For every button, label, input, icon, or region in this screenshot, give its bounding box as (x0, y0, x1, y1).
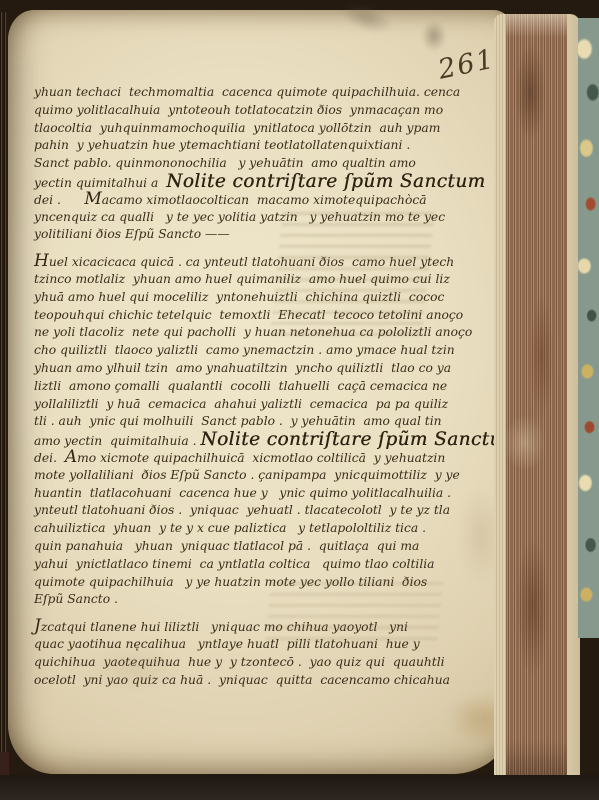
latin-quote: Nolite contriſtare ſpũm Sanctū (200, 429, 501, 450)
nahuatl-text: huantin tlatlacohuani cacenca hue y ynic… (34, 486, 451, 500)
nahuatl-text: M (84, 189, 101, 209)
manuscript-line: cahuiliztica yhuan y te y x cue paliztic… (34, 520, 500, 538)
nahuatl-text: amo yectin quimitalhuia . (34, 434, 200, 448)
book-page: 261. yhuan techaci techmomaltia cacenca … (8, 10, 512, 774)
photo-border-bottom (0, 775, 599, 800)
manuscript-line: amo yectin quimitalhuia . Nolite contriſ… (34, 431, 500, 449)
manuscript-line: tzinco motlaliz yhuan amo huel quimanili… (34, 271, 500, 289)
nahuatl-text: tlaocoltia yuhquinmamochoquilia ynitlato… (34, 121, 440, 135)
nahuatl-text: dei . (34, 193, 84, 207)
manuscript-line: quimo yolitlacalhuia yntoteouh totlatoca… (34, 102, 500, 120)
fore-edge-stained-block (506, 14, 567, 794)
gutter-page-edges (0, 12, 8, 770)
nahuatl-text: yolitiliani ðios Eſpũ Sancto —— (34, 227, 230, 241)
manuscript-line: pahin y yehuatzin hue ytemachtiani teotl… (34, 137, 500, 155)
manuscript-line: quin panahuia yhuan yniquac tlatlacol pā… (34, 538, 500, 556)
ink-bleedthrough-lower (265, 582, 443, 642)
nahuatl-text: Eſpũ Sancto . (34, 592, 118, 606)
nahuatl-text: dei. (34, 451, 65, 465)
manuscript-line: mote yollaliliani ðios Eſpũ Sancto . çan… (34, 467, 500, 485)
nahuatl-text: ynteutl tlatohuani ðios . yniquac yehuat… (34, 503, 450, 517)
nahuatl-text: quichihua yaotequihua hue y y tzontecō .… (34, 655, 445, 669)
latin-quote: Nolite contriſtare ſpũm Sanctum (166, 171, 485, 192)
nahuatl-text: tli . auh ynic qui molhuili Sanct pablo … (34, 414, 442, 428)
manuscript-line: yhuā amo huel qui moceliliz yntonehuiztl… (34, 289, 500, 307)
nahuatl-text: yhuan techaci techmomaltia cacenca quimo… (34, 85, 460, 99)
manuscript-line: dei . Macamo ximotlaocoltican macamo xim… (34, 191, 500, 209)
manuscript-line: huantin tlatlacohuani cacenca hue y ynic… (34, 485, 500, 503)
marbled-endpaper (578, 18, 599, 638)
nahuatl-text: pahin y yehuatzin hue ytemachtiani teotl… (34, 138, 410, 152)
nahuatl-text: acamo ximotlaocoltican macamo ximotequip… (102, 193, 427, 207)
manuscript-line: yhuan amo ylhuil tzin amo ynahuatiltzin … (34, 360, 500, 378)
manuscript-line: cho quiliztli tlaoco yaliztli camo ynema… (34, 342, 500, 360)
nahuatl-text: liztli amono çomalli qualantli cocolli t… (34, 379, 447, 393)
manuscript-line: yahui ynictlatlaco tinemi ca yntlatla co… (34, 556, 500, 574)
fore-edge-pages (494, 14, 580, 794)
fore-edge-inner-leaves (494, 14, 506, 794)
nahuatl-text: H (34, 251, 49, 271)
manuscript-line: dei. Amo xicmote quipachilhuicā xicmotla… (34, 449, 500, 467)
manuscript-line: teopouhqui chichic tetelquic temoxtli Eh… (34, 307, 500, 325)
nahuatl-text: cho quiliztli tlaoco yaliztli camo ynema… (34, 343, 455, 357)
nahuatl-text: yhuan amo ylhuil tzin amo ynahuatiltzin … (34, 361, 451, 375)
manuscript-line: liztli amono çomalli qualantli cocolli t… (34, 378, 500, 396)
nahuatl-text: A (65, 447, 77, 467)
manuscript-line: yhuan techaci techmomaltia cacenca quimo… (34, 84, 500, 102)
nahuatl-text: J (34, 616, 41, 636)
ink-bleedthrough-upper (269, 212, 434, 340)
nahuatl-text: cahuiliztica yhuan y te y x cue paliztic… (34, 521, 426, 535)
nahuatl-text: quimo yolitlacalhuia yntoteouh totlatoca… (34, 103, 443, 117)
manuscript-line: ne yoli tlacoliz nete qui pacholli y hua… (34, 324, 500, 342)
nahuatl-text: ocelotl yni yao quiz ca huā . yniquac qu… (34, 673, 450, 687)
manuscript-line: yollaliliztli y huā cemacica ahahui yali… (34, 396, 500, 414)
manuscript-line: yectin quimitalhui a Nolite contriſtare … (34, 173, 500, 191)
manuscript-line: quichihua yaotequihua hue y y tzontecō .… (34, 654, 500, 672)
nahuatl-text: yollaliliztli y huā cemacica ahahui yali… (34, 397, 448, 411)
manuscript-line: tlaocoltia yuhquinmamochoquilia ynitlato… (34, 120, 500, 138)
manuscript-photo: 261. yhuan techaci techmomaltia cacenca … (0, 0, 599, 800)
nahuatl-text: quin panahuia yhuan yniquac tlatlacol pā… (34, 539, 419, 553)
nahuatl-text: mo xicmote quipachilhuicā xicmotlao colt… (77, 451, 445, 465)
manuscript-line: ocelotl yni yao quiz ca huā . yniquac qu… (34, 672, 500, 690)
nahuatl-text: mote yollaliliani ðios Eſpũ Sancto . çan… (34, 468, 460, 482)
nahuatl-text: Sanct pablo. quinmononochilia y yehuātin… (34, 156, 416, 170)
nahuatl-text: yahui ynictlatlaco tinemi ca yntlatla co… (34, 557, 435, 571)
manuscript-line: ynteutl tlatohuani ðios . yniquac yehuat… (34, 502, 500, 520)
